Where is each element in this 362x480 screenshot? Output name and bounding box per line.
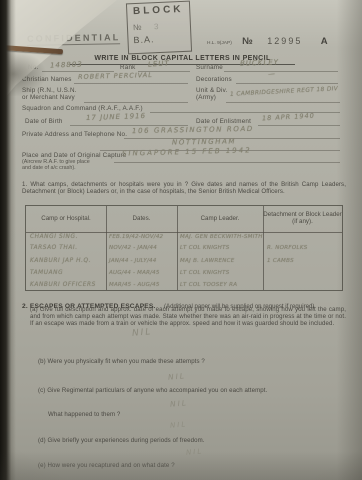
question2a-text: (a) Give full description and approx. da… [30, 306, 346, 327]
table-row-leader: LT COL KNIGHTS [180, 245, 230, 251]
field-address-value-2: NOTTINGHAM [172, 137, 236, 146]
question2a-answer: NIL [132, 327, 153, 339]
field-rank-label: Rank [120, 64, 136, 71]
field-surname-label: Surname [196, 64, 223, 71]
serial-suffix: A [307, 36, 328, 47]
question2c2-text: What happened to them ? [48, 411, 120, 418]
table-row-camp: KANBURI OFFICERS [30, 282, 96, 288]
table-row-camp: TAMUANG [30, 270, 63, 276]
question2b-text: (b) Were you physically fit when you mad… [38, 358, 205, 365]
serial-no-symbol: № [236, 36, 253, 47]
table-row-dates: FEB.19/42-NOV/42 [109, 234, 163, 240]
table-row-dates: MAR/45 - AUG/45 [109, 282, 160, 288]
block-stamp-no-symbol: № [133, 23, 142, 32]
serial-number: 12995 [257, 36, 302, 46]
table-row-detachment: R. NORFOLKS [267, 245, 308, 251]
field-rank-value: LEUT [148, 59, 170, 68]
field-unit-label-2: (Army) [196, 94, 216, 101]
question2d-text: (d) Give briefly your experiences during… [38, 437, 205, 444]
table-row-detachment: 1 CAMBS [267, 258, 294, 264]
question2e-text: (e) How were you recaptured and on what … [38, 462, 175, 469]
table-row-camp: TARSAO THAI. [30, 245, 78, 251]
block-stamp-no-value: 3 [146, 22, 159, 32]
table-header-camp: Camp or Hospital. [26, 215, 106, 222]
block-number-stamp: BLOCK № 3 B.A. [126, 1, 192, 55]
table-row-leader: MAJ. GEN BECKWITH-SMITH [180, 234, 263, 240]
field-squadron-label: Squadron and Command (R.A.F., A.A.F.) [22, 105, 143, 112]
table-header-detachment: Detachment or Block Leader (if any). [263, 211, 342, 225]
question2c-answer: NIL [170, 398, 189, 409]
table-header-dates: Dates. [106, 215, 177, 222]
photo-left-edge [0, 0, 16, 480]
table-row-dates: AUG/44 - MAR/45 [109, 270, 160, 276]
question2c2-answer: NIL [170, 420, 188, 429]
field-decorations-value: — [268, 70, 277, 79]
table-row-dates: NOV/42 - JAN/44 [109, 245, 157, 251]
question1-text: 1. What camps, detachments or hospitals … [22, 181, 346, 195]
table-header-leader: Camp Leader. [177, 215, 263, 222]
question2d-answer: NIL [186, 447, 204, 456]
question2c-text: (c) Give Regimental particulars of anyon… [38, 387, 267, 394]
field-capture-label-3: and date of a/c crash). [22, 165, 76, 171]
table-row-leader: MAJ B. LAWRENCE [180, 258, 235, 264]
scanned-pow-questionnaire: CONFIDENTIAL BLOCK № 3 B.A. H.L. 9(JAP) … [0, 0, 362, 480]
form-reference-code: H.L. 9(JAP) [207, 41, 232, 46]
table-row-dates: JAN/44 - JULY/44 [109, 258, 156, 264]
camps-table: Camp or Hospital. Dates. Camp Leader. De… [25, 205, 343, 291]
field-decorations-label: Decorations [196, 76, 232, 83]
table-row-leader: LT COL TOOSEY RA [180, 282, 237, 288]
field-no-value: 148803 [50, 60, 83, 69]
field-address-label: Private Address and Telephone No. [22, 131, 127, 138]
field-surname-value: BUCKLEY [240, 58, 279, 67]
table-row-leader: LT COL KNIGHTS [180, 270, 230, 276]
table-row-camp: KANBURI JAP H.Q. [30, 258, 91, 264]
question2b-answer: NIL [168, 371, 187, 382]
field-dob-label: Date of Birth [25, 118, 63, 125]
table-row-camp: CHANGI SING. [30, 234, 78, 240]
